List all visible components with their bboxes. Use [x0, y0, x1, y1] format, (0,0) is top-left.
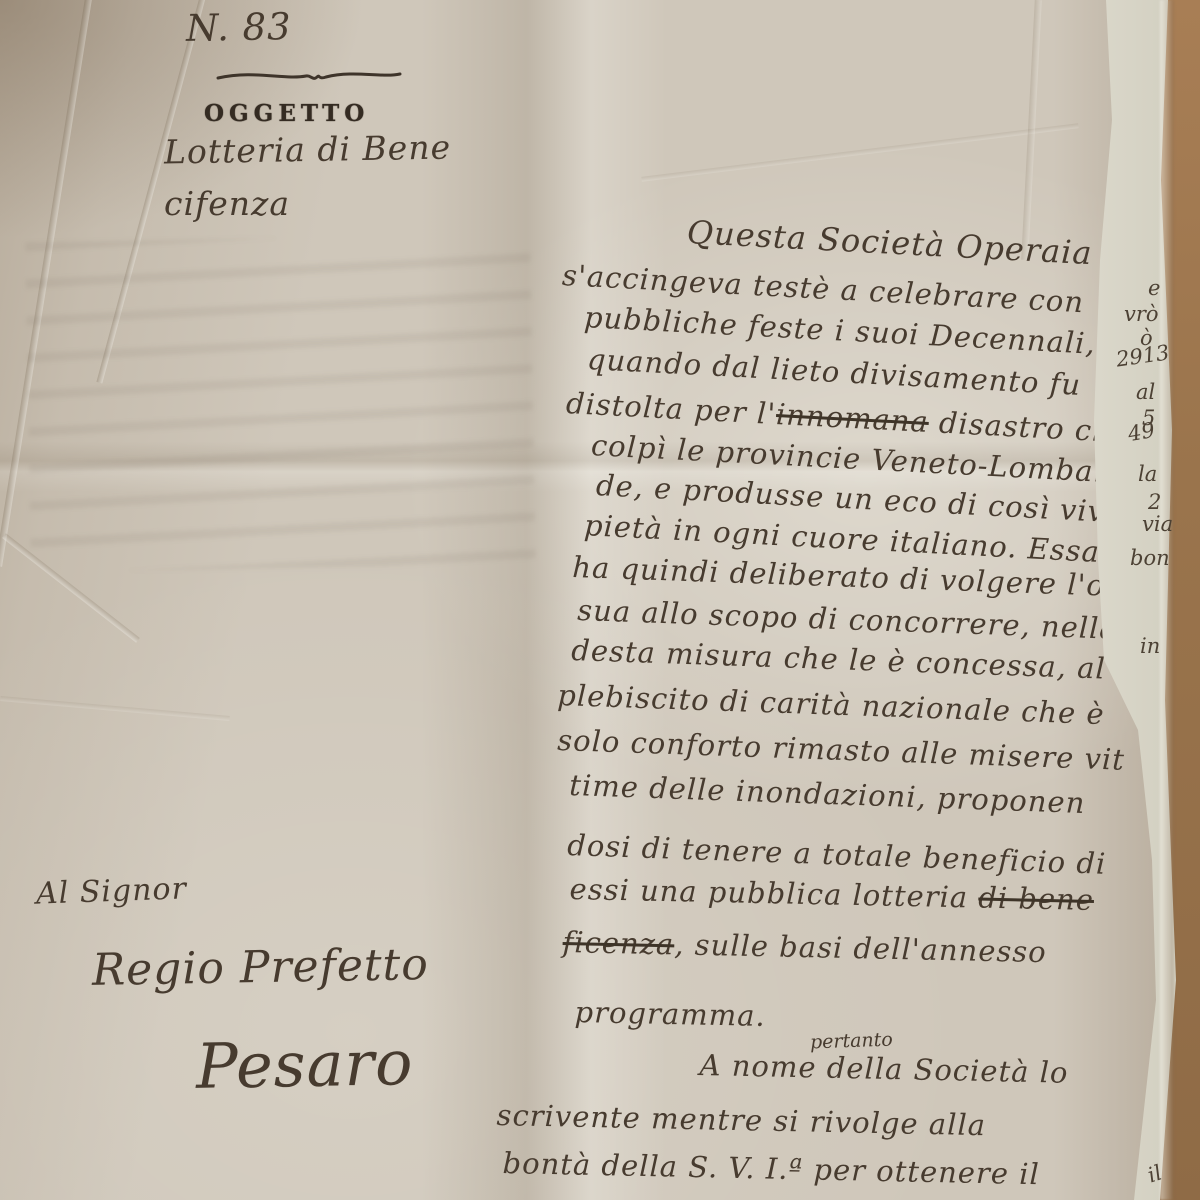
undersheet-text-fragment: e	[1148, 276, 1160, 300]
struck-word: di bene	[978, 881, 1094, 917]
letter-photograph: e vrò ò 2913 al 5 49 la 2 via bon in il …	[0, 0, 1200, 1200]
letter-sheet: N. 83 OGGETTO Lotteria di Bene cifenza A…	[0, 0, 1170, 1200]
ink-bleedthrough-texture	[25, 234, 536, 573]
body-line: Questa Società Operaia	[686, 213, 1093, 272]
subject-line: Lotteria di Bene	[164, 127, 452, 171]
address-city: Pesaro	[195, 1026, 414, 1103]
body-line-text: programma.	[574, 995, 766, 1033]
body-line-text: Questa Società Operaia	[686, 213, 1093, 272]
undersheet-text-fragment: al	[1136, 380, 1155, 404]
body-line-text: essi una pubblica lotteria	[569, 872, 978, 915]
body-line: essi una pubblica lotteria di bene	[569, 872, 1094, 917]
body-line-text: distolta per l'	[565, 386, 777, 431]
undersheet-text-fragment: via	[1142, 512, 1173, 536]
struck-word: ficenza	[562, 925, 674, 961]
flourish-divider	[214, 64, 404, 92]
body-line-text: plebiscito di carità nazionale che è	[557, 678, 1105, 731]
body-line: ficenza, sulle basi dell'annesso	[562, 925, 1047, 969]
interlinear-insertion: pertanto	[810, 1029, 893, 1054]
body-line: plebiscito di carità nazionale che è	[557, 678, 1105, 731]
undersheet-text-fragment: in	[1140, 634, 1160, 658]
undersheet-text-fragment: la	[1138, 462, 1157, 486]
under-sheet-edge	[1160, 0, 1174, 1200]
protocol-number: N. 83	[186, 5, 292, 50]
body-line-text: time delle inondazioni, proponen	[569, 768, 1086, 820]
body-line-text: scrivente mentre si rivolge alla	[496, 1098, 986, 1142]
undersheet-text-fragment: bon	[1130, 546, 1170, 570]
body-line-text: solo conforto rimasto alle misere vit	[557, 723, 1126, 777]
undersheet-text-fragment: vrò	[1124, 302, 1159, 326]
address-recipient: Regio Prefetto	[92, 939, 430, 996]
fold-crease	[641, 123, 1078, 182]
body-line: scrivente mentre si rivolge alla	[496, 1098, 986, 1142]
body-line: programma.	[574, 995, 766, 1033]
undersheet-text-fragment: 2	[1148, 490, 1161, 514]
struck-word: innomana	[775, 397, 929, 439]
body-line-text: A nome della Società lo	[699, 1048, 1069, 1090]
address-salutation: Al Signor	[35, 871, 187, 911]
oggetto-printed-label: OGGETTO	[204, 100, 369, 127]
body-line-text: , sulle basi dell'annesso	[674, 927, 1047, 969]
body-line: A nome della Società lo	[699, 1048, 1069, 1090]
fold-crease	[1021, 0, 1042, 260]
body-line: time delle inondazioni, proponen	[569, 768, 1086, 820]
fold-crease	[0, 696, 230, 721]
undersheet-text-fragment: 49	[1126, 418, 1156, 446]
body-line: bontà della S. V. I.ª per ottenere il	[502, 1146, 1040, 1191]
subject-line: cifenza	[164, 184, 290, 223]
body-line-text: bontà della S. V. I.ª per ottenere il	[502, 1146, 1040, 1191]
body-line: solo conforto rimasto alle misere vit	[557, 723, 1126, 777]
